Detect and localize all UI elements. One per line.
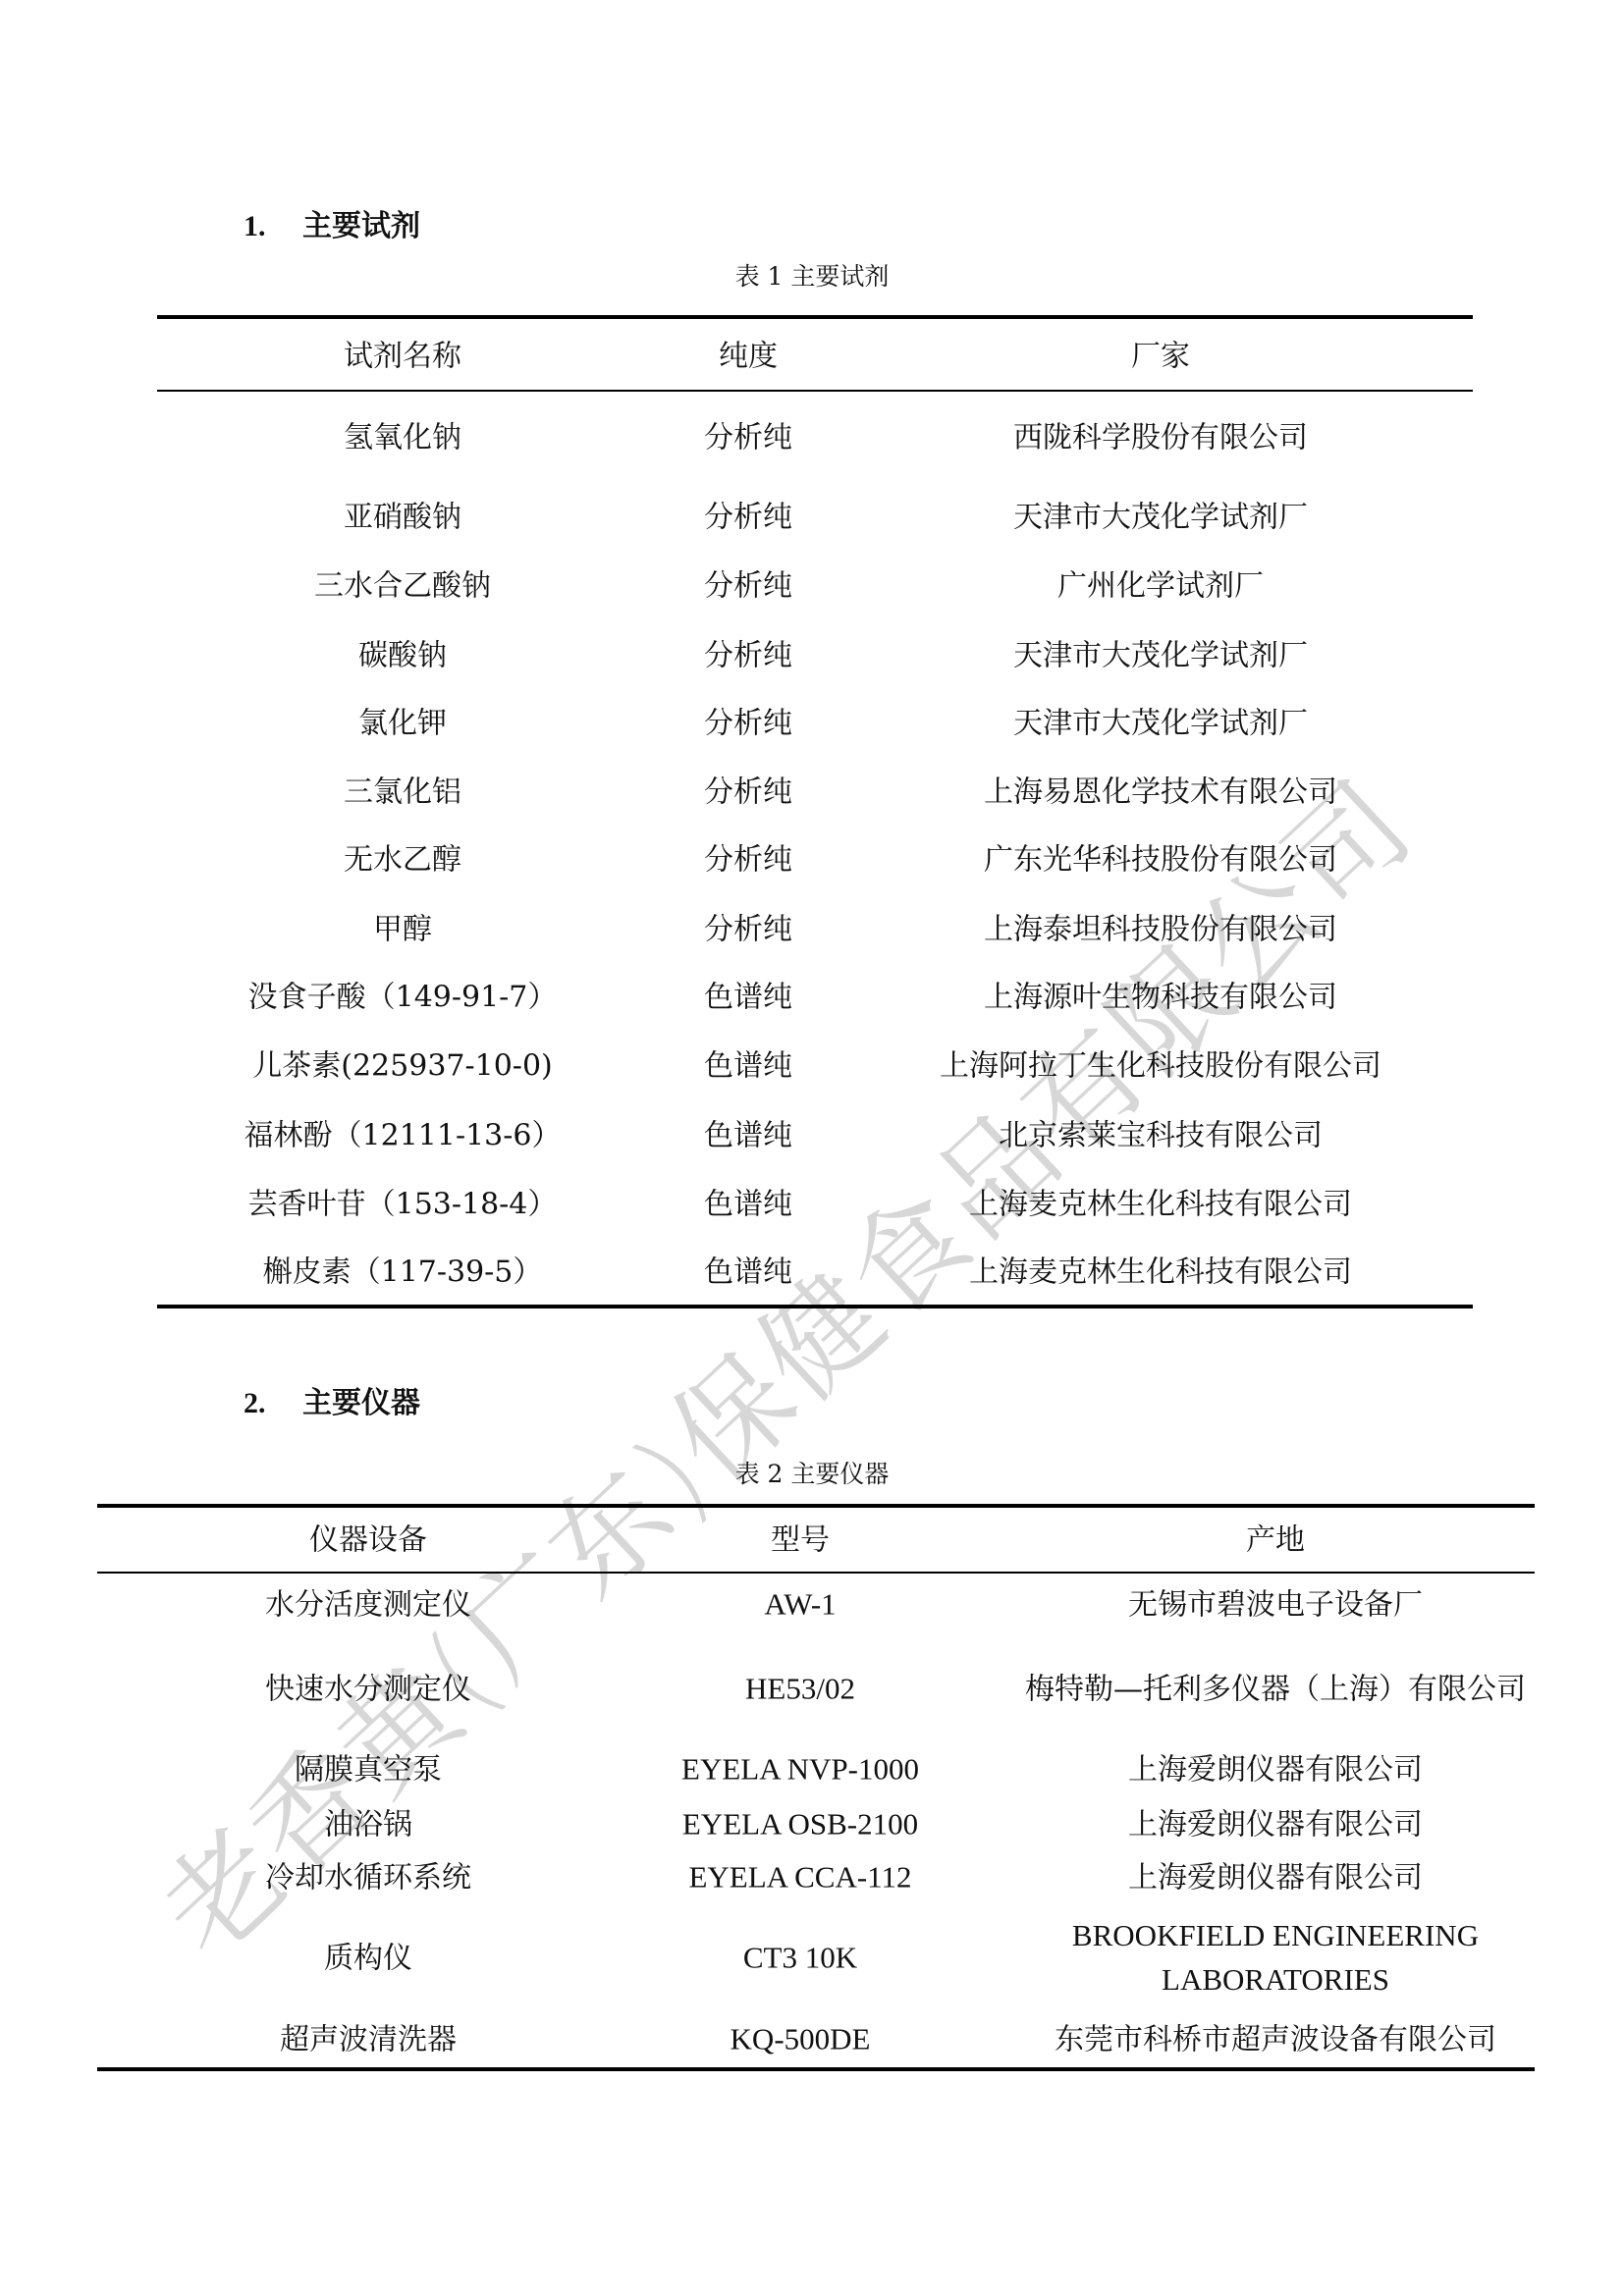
table-cell: 上海爱朗仪器有限公司 bbox=[1128, 1748, 1423, 1791]
table-cell: 亚硝酸钠 bbox=[344, 496, 461, 539]
table-1-top-rule bbox=[157, 315, 1473, 319]
table-cell: 西陇科学股份有限公司 bbox=[1013, 416, 1308, 459]
table-cell: 北京索莱宝科技有限公司 bbox=[999, 1114, 1323, 1157]
column-header: 产地 bbox=[1246, 1519, 1305, 1562]
column-header: 厂家 bbox=[1131, 335, 1190, 378]
table-cell: 天津市大茂化学试剂厂 bbox=[1013, 496, 1308, 539]
table-cell: 质构仪 bbox=[324, 1937, 412, 1980]
table-cell: 槲皮素（117-39-5） bbox=[263, 1251, 543, 1294]
table-cell: 三水合乙酸钠 bbox=[314, 564, 491, 608]
table-cell: 天津市大茂化学试剂厂 bbox=[1013, 634, 1308, 677]
table-cell: 东莞市科桥市超声波设备有限公司 bbox=[1055, 2018, 1496, 2061]
table-cell: 上海易恩化学技术有限公司 bbox=[984, 771, 1337, 814]
table-cell: 冷却水循环系统 bbox=[265, 1856, 471, 1899]
table-cell: 分析纯 bbox=[704, 634, 792, 677]
table-2-caption: 表 2 主要仪器 bbox=[0, 1455, 1624, 1490]
table-cell: 广东光华科技股份有限公司 bbox=[984, 838, 1337, 881]
table-cell: 分析纯 bbox=[704, 838, 792, 881]
table-cell: 上海麦克林生化科技有限公司 bbox=[969, 1183, 1352, 1226]
table-cell: 上海爱朗仪器有限公司 bbox=[1128, 1803, 1423, 1846]
table-cell: CT3 10K bbox=[743, 1937, 857, 1981]
table-cell: 水分活度测定仪 bbox=[265, 1583, 471, 1627]
table-2-top-rule bbox=[97, 1504, 1535, 1508]
section-2-number: 2. bbox=[244, 1387, 302, 1420]
table-cell: 色谱纯 bbox=[704, 1044, 792, 1088]
table-cell: EYELA NVP-1000 bbox=[681, 1748, 919, 1792]
table-cell: 隔膜真空泵 bbox=[295, 1748, 442, 1791]
section-2-heading: 2.主要仪器 bbox=[244, 1378, 420, 1421]
column-header: 型号 bbox=[771, 1519, 830, 1562]
table-cell: 快速水分测定仪 bbox=[265, 1668, 471, 1711]
table-cell: 福林酚（12111-13-6） bbox=[244, 1114, 562, 1157]
table-cell: 上海爱朗仪器有限公司 bbox=[1128, 1856, 1423, 1899]
column-header: 纯度 bbox=[719, 335, 778, 378]
table-cell: HE53/02 bbox=[745, 1668, 855, 1712]
table-cell: 梅特勒—托利多仪器（上海）有限公司 bbox=[1025, 1668, 1526, 1711]
table-cell: 上海阿拉丁生化科技股份有限公司 bbox=[940, 1044, 1381, 1088]
table-cell: KQ-500DE bbox=[731, 2018, 871, 2062]
table-cell: 色谱纯 bbox=[704, 976, 792, 1019]
table-cell: 甲醇 bbox=[373, 908, 432, 951]
table-cell: 氯化钾 bbox=[358, 702, 447, 745]
table-cell: 色谱纯 bbox=[704, 1183, 792, 1226]
table-cell: 分析纯 bbox=[704, 496, 792, 539]
table-cell: 油浴锅 bbox=[324, 1803, 412, 1846]
table-cell: EYELA CCA-112 bbox=[688, 1856, 911, 1900]
table-cell: 天津市大茂化学试剂厂 bbox=[1013, 702, 1308, 745]
table-cell: 儿茶素(225937-10-0) bbox=[252, 1044, 552, 1088]
table-cell: 分析纯 bbox=[704, 416, 792, 459]
column-header: 仪器设备 bbox=[309, 1519, 427, 1562]
table-2-bottom-rule bbox=[97, 2067, 1535, 2071]
table-1-header-rule bbox=[157, 390, 1473, 392]
table-cell: 无水乙醇 bbox=[344, 838, 461, 881]
table-cell: 无锡市碧波电子设备厂 bbox=[1128, 1583, 1423, 1627]
table-cell: 广州化学试剂厂 bbox=[1057, 564, 1264, 608]
table-cell: 上海源叶生物科技有限公司 bbox=[984, 976, 1337, 1019]
section-1-heading: 1.主要试剂 bbox=[244, 201, 420, 244]
column-header: 试剂名称 bbox=[344, 335, 461, 378]
table-cell: 上海麦克林生化科技有限公司 bbox=[969, 1251, 1352, 1294]
section-1-number: 1. bbox=[244, 210, 302, 243]
table-1-bottom-rule bbox=[157, 1305, 1473, 1308]
table-cell: 上海泰坦科技股份有限公司 bbox=[984, 908, 1337, 951]
table-1-caption: 表 1 主要试剂 bbox=[0, 257, 1624, 293]
table-cell: 分析纯 bbox=[704, 908, 792, 951]
table-cell: 分析纯 bbox=[704, 564, 792, 608]
table-cell: BROOKFIELD ENGINEERING LABORATORIES bbox=[1072, 1914, 1479, 2002]
table-cell: 超声波清洗器 bbox=[280, 2018, 457, 2061]
table-2-header-rule bbox=[97, 1572, 1535, 1574]
table-cell: 三氯化铝 bbox=[344, 771, 461, 814]
table-cell: 氢氧化钠 bbox=[344, 416, 461, 459]
table-cell: AW-1 bbox=[764, 1583, 836, 1628]
table-cell: 分析纯 bbox=[704, 702, 792, 745]
table-cell: 分析纯 bbox=[704, 771, 792, 814]
table-cell: 碳酸钠 bbox=[358, 634, 447, 677]
table-cell: 芸香叶苷（153-18-4） bbox=[248, 1183, 558, 1226]
table-cell: EYELA OSB-2100 bbox=[682, 1803, 918, 1847]
table-cell: 没食子酸（149-91-7） bbox=[248, 976, 558, 1019]
section-1-title: 主要试剂 bbox=[302, 209, 420, 243]
table-cell: 色谱纯 bbox=[704, 1251, 792, 1294]
table-cell: 色谱纯 bbox=[704, 1114, 792, 1157]
section-2-title: 主要仪器 bbox=[302, 1386, 420, 1420]
